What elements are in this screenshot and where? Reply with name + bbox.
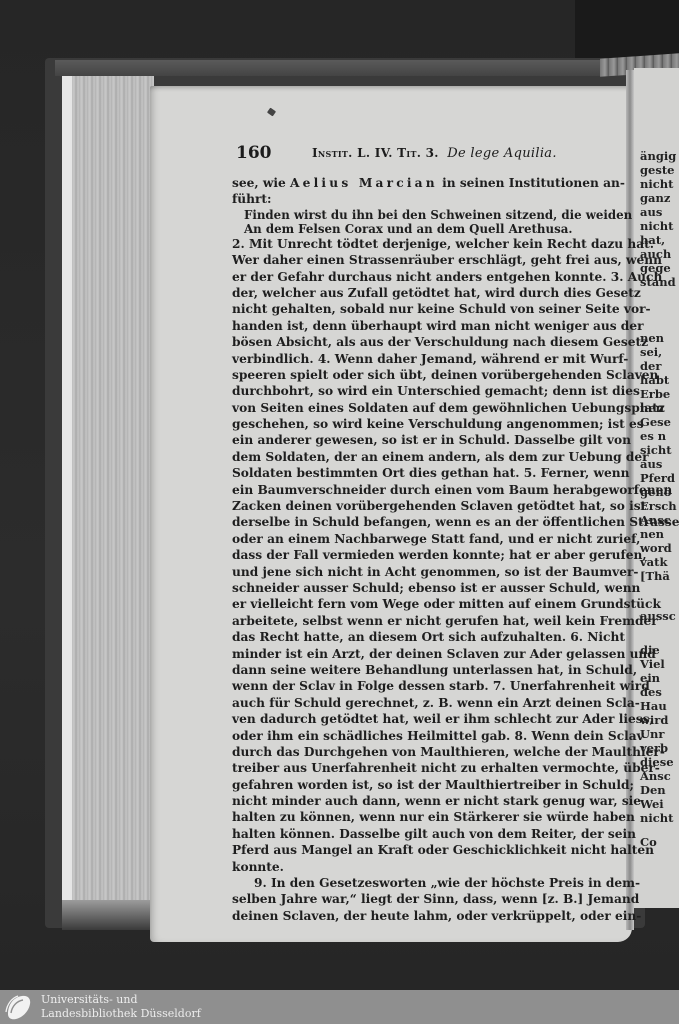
text-line: derselbe in Schuld befangen, wenn es an … (232, 514, 624, 530)
page-stack-bottom-shadow (62, 900, 157, 930)
page-number: 160 (236, 143, 272, 163)
text-line: speeren spielt oder sich übt, deinen vor… (232, 367, 624, 383)
text-line: führt: (232, 191, 624, 207)
text-line: ein Baumverschneider durch einen vom Bau… (232, 482, 624, 498)
text-line: von Seiten eines Soldaten auf dem gewöhn… (232, 400, 624, 416)
facing-page-fragment: nicht (640, 812, 673, 826)
text-line: Zacken deinen vorübergehenden Sclaven ge… (232, 498, 624, 514)
text-line: verbindlich. 4. Wenn daher Jemand, währe… (232, 351, 624, 367)
text-line: see, wie Aelius Marcian in seinen Instit… (232, 175, 624, 191)
running-title-section: Instit. L. IV. Tit. 3. (312, 146, 439, 160)
verse-line: Finden wirst du ihn bei den Schweinen si… (232, 208, 624, 222)
library-name-line1: Universitäts- und (41, 993, 201, 1007)
text-line: Soldaten bestimmten Ort dies gethan hat.… (232, 465, 624, 481)
text-line: Pferd aus Mangel an Kraft oder Geschickl… (232, 842, 624, 858)
text-line: dass der Fall vermieden werden konnte; h… (232, 547, 624, 563)
running-title-subject: De lege Aquilia. (447, 146, 557, 161)
verse-line: An dem Felsen Corax und an dem Quell Are… (232, 222, 624, 236)
text-line: der, welcher aus Zufall getödtet hat, wi… (232, 285, 624, 301)
text-line: dem Soldaten, der an einem andern, als d… (232, 449, 624, 465)
running-title: Instit. L. IV. Tit. 3. De lege Aquilia. (312, 146, 557, 161)
text-line: und jene sich nicht in Acht genommen, so… (232, 564, 624, 580)
text-line: halten können. Dasselbe gilt auch von de… (232, 826, 624, 842)
facing-page-fragment: Wei (640, 798, 664, 812)
text-line: treiber aus Unerfahrenheit nicht zu erha… (232, 760, 624, 776)
text-line: minder ist ein Arzt, der deinen Sclaven … (232, 646, 624, 662)
facing-page-fragment: [Thä (640, 570, 670, 584)
text-line: das Recht hatte, an diesem Ort sich aufz… (232, 629, 624, 645)
text-line: geschehen, so wird keine Verschuldung an… (232, 416, 624, 432)
author-name: Aelius Marcian (290, 176, 438, 190)
text-line: er vielleicht fern vom Wege oder mitten … (232, 596, 624, 612)
page-stack-fore-edge (62, 76, 154, 922)
facing-page-fragment: nicht (640, 220, 673, 234)
facing-page-fragment: nicht (640, 178, 673, 192)
book-logo-icon (4, 992, 34, 1022)
library-footer-bar: Universitäts- und Landesbibliothek Düsse… (0, 990, 679, 1024)
page-header: 160 Instit. L. IV. Tit. 3. De lege Aquil… (236, 143, 626, 163)
text-line: 9. In den Gesetzesworten „wie der höchst… (232, 875, 624, 891)
text-line: schneider ausser Schuld; ebenso ist er a… (232, 580, 624, 596)
scan-dark-corner (575, 0, 679, 62)
text-line: ven dadurch getödtet hat, weil er ihm sc… (232, 711, 624, 727)
text-line: auch für Schuld gerechnet, z. B. wenn ei… (232, 695, 624, 711)
text-line: gefahren worden ist, so ist der Maulthie… (232, 777, 624, 793)
book-cover-edge (55, 60, 635, 76)
text-line: durch das Durchgehen von Maulthieren, we… (232, 744, 624, 760)
text-line: er der Gefahr durchaus nicht anders entg… (232, 269, 624, 285)
text-line: durchbohrt, so wird ein Unterschied gema… (232, 383, 624, 399)
facing-page-fragment: Gese (640, 416, 671, 430)
text-line: halten zu können, wenn nur ein Stärkerer… (232, 809, 624, 825)
text-line: nicht minder auch dann, wenn er nicht st… (232, 793, 624, 809)
text-line: 2. Mit Unrecht tödtet derjenige, welcher… (232, 236, 624, 252)
text-line: konnte. (232, 859, 624, 875)
text-line: dann seine weitere Behandlung unterlasse… (232, 662, 624, 678)
facing-page-fragment: ängig (640, 150, 676, 164)
facing-page-fragment: Erbe (640, 388, 670, 402)
facing-page-fragment: es n (640, 430, 666, 444)
text-line: bösen Absicht, als aus der Verschuldung … (232, 334, 624, 350)
text-line: deinen Sclaven, der heute lahm, oder ver… (232, 908, 624, 924)
text-line: nicht gehalten, sobald nur keine Schuld … (232, 301, 624, 317)
text-line: arbeitete, selbst wenn er nicht gerufen … (232, 613, 624, 629)
text-line: Wer daher einen Strassenräuber erschlägt… (232, 252, 624, 268)
page-body-text: see, wie Aelius Marcian in seinen Instit… (232, 175, 624, 924)
facing-page-fragment: Den (640, 784, 666, 798)
text-line: handen ist, denn überhaupt wird man nich… (232, 318, 624, 334)
library-name: Universitäts- und Landesbibliothek Düsse… (41, 993, 201, 1021)
text-line: wenn der Sclav in Folge dessen starb. 7.… (232, 678, 624, 694)
facing-page-fragment: aus (640, 206, 662, 220)
library-name-line2: Landesbibliothek Düsseldorf (41, 1007, 201, 1021)
text-line: oder ihm ein schädliches Heilmittel gab.… (232, 728, 624, 744)
facing-page-fragment: ganz (640, 192, 670, 206)
facing-page-fragment: nen (640, 528, 664, 542)
text-line: ein anderer gewesen, so ist er in Schuld… (232, 432, 624, 448)
text-line: selben Jahre war,“ liegt der Sinn, dass,… (232, 891, 624, 907)
facing-page-fragment: geste (640, 164, 674, 178)
text-line: oder an einem Nachbarwege Statt fand, un… (232, 531, 624, 547)
